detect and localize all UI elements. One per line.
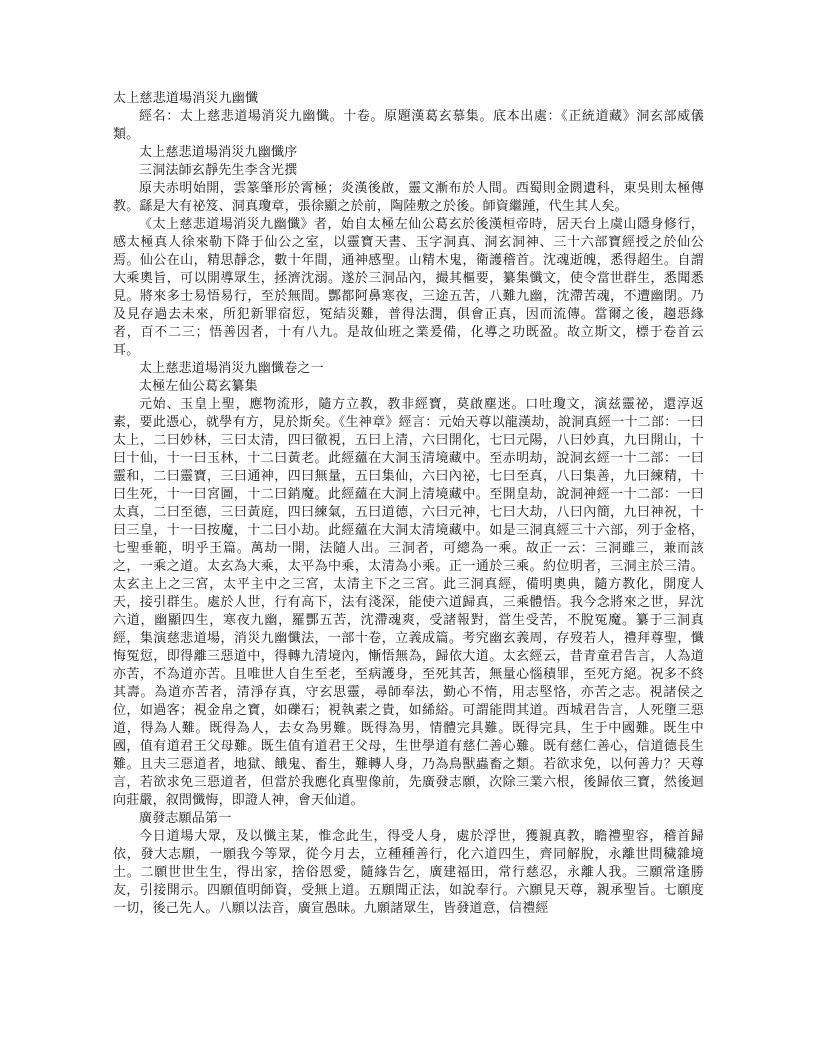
document-page: 太上慈悲道場消災九幽懺 經名：太上慈悲道場消災九幽懺。十卷。原題漢葛玄慕集。底本… <box>0 0 816 1056</box>
section-paragraph: 今日道場大眾，及以懺主某，惟念此生，得受人身，處於浮世，獲親真教，瞻禮聖容，稽首… <box>113 827 704 917</box>
preface-paragraph: 原夫赤明始開，雲篆肇形於霄極；炎漢後啟，靈文漸布於人間。西蜀則金閼遺科，東吳則太… <box>113 179 704 215</box>
preface-title: 太上慈悲道場消災九幽懺序 <box>113 143 704 161</box>
document-title: 太上慈悲道場消災九幽懺 <box>113 89 704 107</box>
bibliographic-note: 經名：太上慈悲道場消災九幽懺。十卷。原題漢葛玄慕集。底本出處：《正統道藏》洞玄部… <box>113 107 704 143</box>
document-text-block: 太上慈悲道場消災九幽懺 經名：太上慈悲道場消災九幽懺。十卷。原題漢葛玄慕集。底本… <box>113 89 704 917</box>
preface-author: 三洞法師玄靜先生李含光撰 <box>113 161 704 179</box>
section-heading: 廣發志願品第一 <box>113 809 704 827</box>
volume-title: 太上慈悲道場消災九幽懺卷之一 <box>113 359 704 377</box>
body-paragraph: 元始、玉皇上聖，應物流形，隨方立教，教非經寶，莫啟塵迷。口吐瓊文，演兹靈祕，還淳… <box>113 395 704 809</box>
compiler-line: 太極左仙公葛玄纂集 <box>113 377 704 395</box>
preface-paragraph: 《太上慈悲道場消災九幽懺》者，始自太極左仙公葛玄於後漢桓帝時，居天台上虞山隱身修… <box>113 215 704 359</box>
